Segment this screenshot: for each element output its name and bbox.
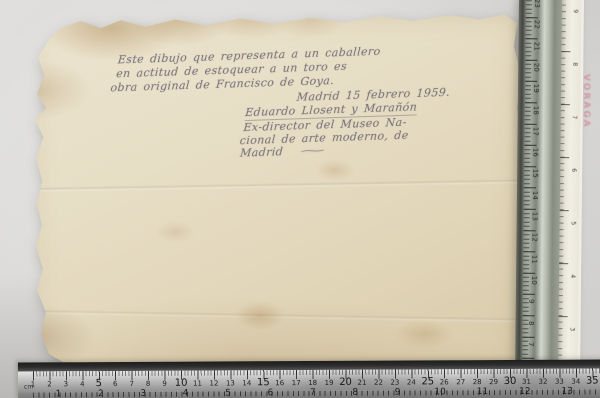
ruler-number: 16 (531, 148, 538, 157)
ruler-number: 22 (374, 380, 383, 387)
ruler-number: 4 (183, 390, 189, 398)
ruler-number: 23 (390, 380, 399, 387)
vertical-ruler: 23222120191817161514131211109876 9876543… (515, 0, 585, 368)
ruler-number: 3 (568, 327, 574, 331)
ruler-number: 19 (325, 380, 334, 387)
ruler-number: 8 (352, 389, 358, 398)
ruler-number: 3 (140, 390, 146, 398)
ruler-number: 1 (56, 390, 62, 398)
ruler-number: 29 (489, 379, 498, 386)
ruler-number: 15 (531, 169, 538, 178)
ruler-number: 28 (473, 379, 482, 386)
ruler-number: 21 (532, 41, 539, 50)
ruler-number: 2 (47, 381, 52, 388)
note-line-8-text: Madrid (240, 145, 284, 159)
ruler-number: 9 (528, 299, 535, 304)
ruler-number: 12 (530, 233, 537, 242)
ruler-number: 14 (531, 191, 538, 200)
ruler-number: 23 (533, 0, 540, 8)
ruler-number: 24 (407, 379, 416, 386)
ruler-number: 11 (477, 388, 489, 397)
ruler-number: 30 (504, 377, 517, 387)
ruler-number: 15 (257, 378, 270, 388)
ruler-number: 7 (527, 342, 534, 347)
ruler-number: 5 (96, 379, 102, 389)
ruler-number: 17 (292, 380, 301, 387)
ruler-number: 10 (434, 388, 446, 397)
note-line-8: Madrid ~ (240, 145, 300, 160)
ruler-number: 9 (395, 389, 401, 398)
ruler-number: 20 (532, 63, 539, 72)
ruler-number: 12 (519, 388, 531, 397)
ruler-number: 31 (522, 379, 531, 386)
ruler-number: 17 (531, 127, 538, 136)
ruler-number: 11 (530, 254, 537, 263)
ruler-number: 19 (532, 84, 539, 93)
ruler-number: 6 (570, 168, 576, 172)
ruler-number: 8 (527, 321, 534, 326)
ruler-number: 20 (339, 378, 352, 388)
ruler-number: 10 (175, 379, 188, 389)
flourish-mark: ~ (297, 144, 329, 158)
ruler-number: 2 (98, 390, 104, 398)
ruler-number: 5 (225, 389, 231, 398)
ruler-number: 18 (532, 105, 539, 114)
photo-backdrop: { "note": { "lines": [ "Este dibujo que … (0, 0, 600, 398)
ruler-number: 6 (268, 389, 274, 398)
ruler-number: 21 (358, 380, 367, 387)
ruler-number: 9 (572, 9, 578, 13)
ruler-number: 12 (209, 380, 218, 387)
ruler-number: 3 (64, 381, 69, 388)
ruler-number: 14 (242, 380, 251, 387)
ruler-number: 27 (456, 379, 465, 386)
ruler-number: 13 (561, 388, 573, 397)
ruler-number: 32 (538, 379, 547, 386)
ruler-number: 13 (226, 380, 235, 387)
handwritten-note: Este dibujo que representa a un caballer… (0, 0, 600, 398)
ruler-number: 22 (533, 20, 540, 29)
vertical-ruler-cm-ticks (522, 0, 538, 368)
ruler-number: 4 (569, 274, 575, 278)
vertical-ruler-inch-scale: 98765432 (558, 0, 584, 368)
ruler-number: 9 (162, 381, 167, 388)
ruler-number: 34 (571, 379, 580, 386)
ruler-number: 7 (310, 389, 316, 398)
vertical-ruler-cm-scale: 23222120191817161514131211109876 (522, 0, 562, 368)
ruler-number: 35 (586, 377, 599, 387)
ruler-number: 8 (146, 381, 151, 388)
ruler-number: 5 (570, 221, 576, 225)
ruler-number: 10 (530, 276, 537, 285)
ruler-number: 8 (571, 62, 577, 66)
ruler-number: 16 (275, 380, 284, 387)
ruler-number: 7 (129, 381, 134, 388)
ruler-number: 13 (531, 212, 538, 221)
horizontal-ruler-cm-scale: cm 1234567891011121314151617181920212223… (18, 368, 600, 392)
ruler-number: 1 (31, 381, 36, 388)
ruler-number: 4 (80, 381, 85, 388)
ruler-number: 33 (555, 379, 564, 386)
horizontal-ruler: cm 1234567891011121314151617181920212223… (18, 359, 600, 398)
ruler-number: 26 (440, 379, 449, 386)
ruler-number: 25 (421, 377, 434, 387)
ruler-number: 6 (113, 381, 118, 388)
ruler-number: 18 (308, 380, 317, 387)
ruler-number: 7 (571, 115, 577, 119)
ruler-number: 11 (193, 381, 202, 388)
